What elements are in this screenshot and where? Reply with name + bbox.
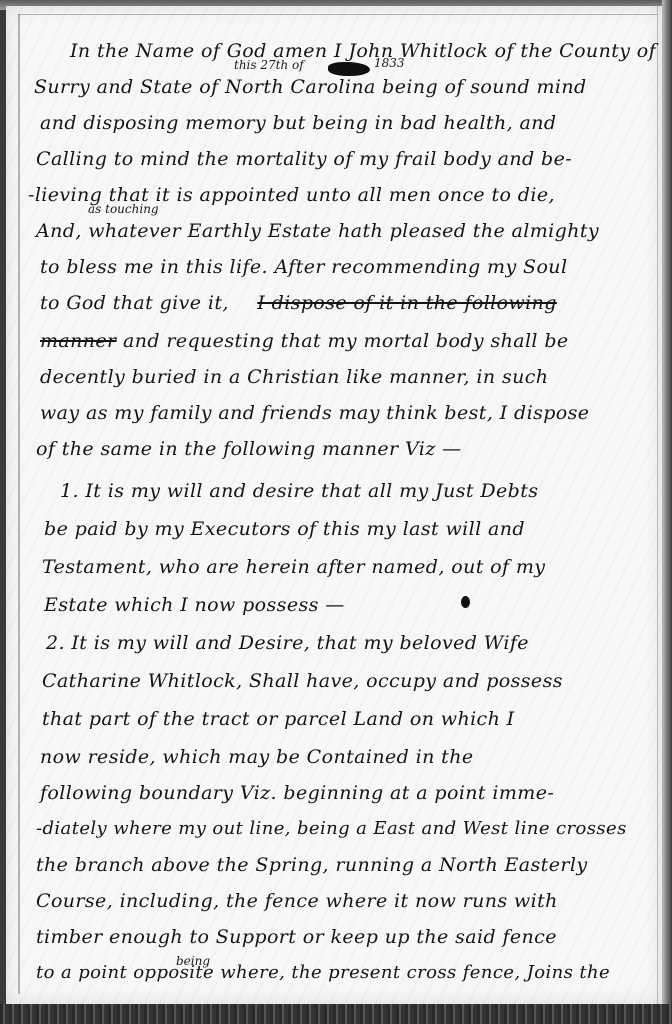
manuscript-line: timber enough to Support or keep up the … — [6, 926, 662, 948]
ink-spot — [461, 596, 470, 608]
page-top-rule — [18, 14, 658, 15]
manuscript-line: way as my family and friends may think b… — [6, 402, 662, 424]
manuscript-line: now reside, which may be Contained in th… — [6, 746, 662, 768]
manuscript-line: to bless me in this life. After recommen… — [6, 256, 662, 278]
struck-text: manner — [40, 330, 117, 352]
scan-bottom-edge — [0, 1004, 672, 1024]
manuscript-line: Estate which I now possess — — [6, 594, 662, 616]
manuscript-line: 2. It is my will and Desire, that my bel… — [6, 632, 662, 654]
manuscript-line: Testament, who are herein after named, o… — [6, 556, 662, 578]
scan-right-edge — [662, 0, 672, 1024]
manuscript-line: that part of the tract or parcel Land on… — [6, 708, 662, 730]
manuscript-line: to a point opposite where, the present c… — [6, 962, 662, 983]
manuscript-line: Course, including, the fence where it no… — [6, 890, 662, 912]
manuscript-line: and disposing memory but being in bad he… — [6, 112, 662, 134]
manuscript-line: the branch above the Spring, running a N… — [6, 854, 662, 876]
manuscript-line: Surry and State of North Carolina being … — [6, 76, 662, 98]
manuscript-page: this 27th of 1833 as touching being In t… — [6, 6, 662, 1004]
manuscript-line: Catharine Whitlock, Shall have, occupy a… — [6, 670, 662, 692]
line-text: and requesting that my mortal body shall… — [117, 330, 569, 352]
manuscript-line: be paid by my Executors of this my last … — [6, 518, 662, 540]
manuscript-line: In the Name of God amen I John Whitlock … — [6, 40, 662, 62]
manuscript-line: following boundary Viz. beginning at a p… — [6, 782, 662, 804]
manuscript-line: -lieving that it is appointed unto all m… — [6, 184, 662, 206]
manuscript-line: to God that give it, I dispose of it in … — [6, 292, 662, 314]
manuscript-line: manner and requesting that my mortal bod… — [6, 330, 662, 352]
manuscript-line: Calling to mind the mortality of my frai… — [6, 148, 662, 170]
manuscript-line: decently buried in a Christian like mann… — [6, 366, 662, 388]
manuscript-line: 1. It is my will and desire that all my … — [6, 480, 662, 502]
line-prefix: to God that give it, — [40, 292, 229, 314]
manuscript-line: And, whatever Earthly Estate hath please… — [6, 220, 662, 242]
manuscript-line: of the same in the following manner Viz … — [6, 438, 662, 460]
ink-blot — [328, 62, 370, 76]
struck-text: I dispose of it in the following — [257, 292, 557, 314]
manuscript-line: -diately where my out line, being a East… — [6, 818, 662, 839]
